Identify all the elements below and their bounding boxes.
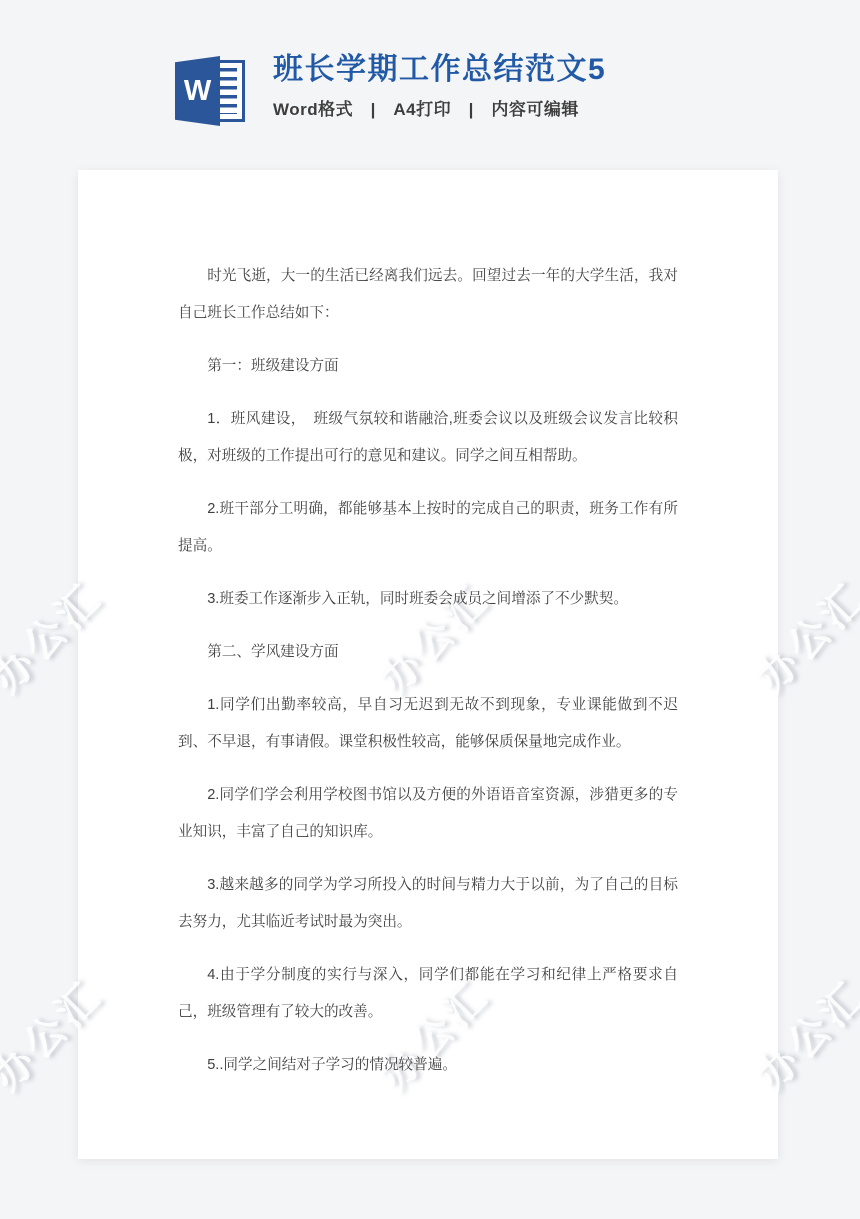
header-text-block: 班长学期工作总结范文5 Word格式 | A4打印 | 内容可编辑 bbox=[273, 52, 606, 120]
paragraph: 3.越来越多的同学为学习所投入的时间与精力大于以前，为了自己的目标去努力，尤其临… bbox=[178, 867, 678, 941]
document-header: W 班长学期工作总结范文5 Word格式 | A4打印 | 内容可编辑 bbox=[0, 0, 860, 170]
word-icon-panel: W bbox=[175, 56, 220, 126]
document-page: 时光飞逝，大一的生活已经离我们远去。回望过去一年的大学生活，我对自己班长工作总结… bbox=[78, 170, 778, 1159]
paragraph: 2.同学们学会利用学校图书馆以及方便的外语语音室资源，涉猎更多的专业知识，丰富了… bbox=[178, 777, 678, 851]
document-preview-page: W 班长学期工作总结范文5 Word格式 | A4打印 | 内容可编辑 时光飞逝… bbox=[0, 0, 860, 1219]
document-title: 班长学期工作总结范文5 bbox=[273, 52, 606, 88]
word-icon-letter: W bbox=[184, 77, 211, 106]
word-icon: W bbox=[175, 56, 247, 126]
paragraph: 2.班干部分工明确，都能够基本上按时的完成自己的职责，班务工作有所提高。 bbox=[178, 491, 678, 565]
paragraph: 时光飞逝，大一的生活已经离我们远去。回望过去一年的大学生活，我对自己班长工作总结… bbox=[178, 258, 678, 332]
paragraph: 5..同学之间结对子学习的情况较普遍。 bbox=[178, 1047, 678, 1084]
section-heading: 第二、学风建设方面 bbox=[178, 634, 678, 671]
format-info: Word格式 | A4打印 | 内容可编辑 bbox=[273, 95, 606, 120]
paragraph: 1．班风建设， 班级气氛较和谐融洽,班委会议以及班级会议发言比较积极，对班级的工… bbox=[178, 401, 678, 475]
document-body: 时光飞逝，大一的生活已经离我们远去。回望过去一年的大学生活，我对自己班长工作总结… bbox=[178, 258, 678, 1100]
paragraph: 4.由于学分制度的实行与深入，同学们都能在学习和纪律上严格要求自己，班级管理有了… bbox=[178, 957, 678, 1031]
paragraph: 1.同学们出勤率较高，早自习无迟到无故不到现象，专业课能做到不迟到、不早退，有事… bbox=[178, 687, 678, 761]
section-heading: 第一：班级建设方面 bbox=[178, 348, 678, 385]
paragraph: 3.班委工作逐渐步入正轨，同时班委会成员之间增添了不少默契。 bbox=[178, 581, 678, 618]
